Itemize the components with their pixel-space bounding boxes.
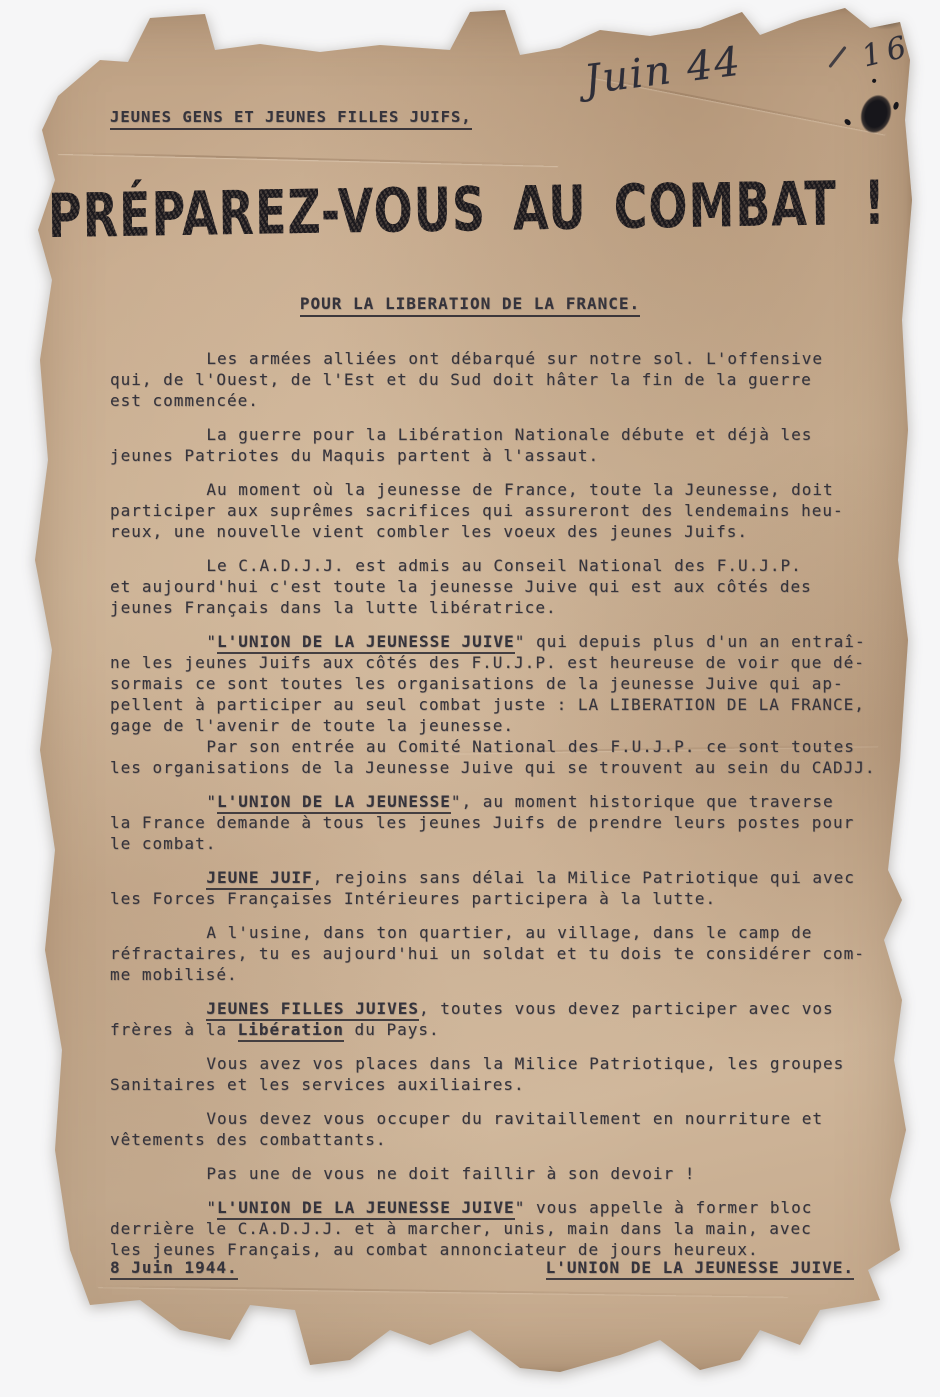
paragraph: Vous devez vous occuper du ravitaillemen…	[110, 1108, 892, 1150]
text-line: A l'usine, dans ton quartier, au village…	[110, 922, 892, 943]
text-line: JEUNE JUIF, rejoins sans délai la Milice…	[110, 867, 892, 888]
paper-sheet: Juin 44 16 JEUNES GENS ET JEUNES FILLES …	[28, 8, 912, 1372]
text-line: Les armées alliées ont débarqué sur notr…	[110, 348, 892, 369]
text-line: JEUNES FILLES JUIVES, toutes vous devez …	[110, 998, 892, 1019]
text-line: est commencée.	[110, 390, 892, 411]
footer-date: 8 Juin 1944.	[110, 1258, 238, 1280]
text-line: derrière le C.A.D.J.J. et à marcher, uni…	[110, 1218, 892, 1239]
ink-smudge	[854, 0, 916, 34]
text-line: la France demande à tous les jeunes Juif…	[110, 812, 892, 833]
text-line: les Forces Françaises Intérieures partic…	[110, 888, 892, 909]
paper-crease	[98, 1285, 788, 1297]
paragraph: "L'UNION DE LA JEUNESSE", au moment hist…	[110, 791, 892, 854]
handwritten-number: 16	[859, 28, 916, 74]
paragraph: "L'UNION DE LA JEUNESSE JUIVE" qui depui…	[110, 631, 892, 736]
paragraph: Le C.A.D.J.J. est admis au Conseil Natio…	[110, 555, 892, 618]
text-line: vêtements des combattants.	[110, 1129, 892, 1150]
text-line: Le C.A.D.J.J. est admis au Conseil Natio…	[110, 555, 892, 576]
text-line: sormais ce sont toutes les organisations…	[110, 673, 892, 694]
ink-blot-speck	[843, 118, 852, 126]
paper-surface: Juin 44 16 JEUNES GENS ET JEUNES FILLES …	[28, 8, 912, 1372]
document-subtitle: POUR LA LIBERATION DE LA FRANCE.	[28, 294, 912, 313]
ink-blot-speck	[872, 78, 877, 83]
text-line: Au moment où la jeunesse de France, tout…	[110, 479, 892, 500]
paragraphs: Les armées alliées ont débarqué sur notr…	[110, 348, 892, 1273]
text-line: Vous avez vos places dans la Milice Patr…	[110, 1053, 892, 1074]
text-line: et aujourd'hui c'est toute la jeunesse J…	[110, 576, 892, 597]
text-line: réfractaires, tu es aujourd'hui un solda…	[110, 943, 892, 964]
text-line: gage de l'avenir de toute la jeunesse.	[110, 715, 892, 736]
text-line: frères à la Libération du Pays.	[110, 1019, 892, 1040]
ink-blot-speck	[892, 101, 899, 110]
paragraph: Les armées alliées ont débarqué sur notr…	[110, 348, 892, 411]
text-line: La guerre pour la Libération Nationale d…	[110, 424, 892, 445]
text-line: les jeunes Français, au combat annonciat…	[110, 1239, 892, 1260]
text-line: "L'UNION DE LA JEUNESSE JUIVE" qui depui…	[110, 631, 892, 652]
paragraph: A l'usine, dans ton quartier, au village…	[110, 922, 892, 985]
document-title-text: PRÉPAREZ-VOUS AU COMBAT !	[48, 167, 886, 252]
paragraph: "L'UNION DE LA JEUNESSE JUIVE" vous appe…	[110, 1197, 892, 1260]
paragraph: La guerre pour la Libération Nationale d…	[110, 424, 892, 466]
text-line: ne les jeunes Juifs aux côtés des F.U.J.…	[110, 652, 892, 673]
text-line: les organisations de la Jeunesse Juive q…	[110, 757, 892, 778]
document-heading: JEUNES GENS ET JEUNES FILLES JUIFS,	[110, 108, 472, 130]
paragraph: JEUNE JUIF, rejoins sans délai la Milice…	[110, 867, 892, 909]
text-line: jeunes Français dans la lutte libératric…	[110, 597, 892, 618]
handwritten-date: Juin 44	[582, 39, 744, 104]
text-line: me mobilisé.	[110, 964, 892, 985]
ink-blot	[849, 83, 903, 145]
text-line: participer aux suprêmes sacrifices qui a…	[110, 500, 892, 521]
text-line: qui, de l'Ouest, de l'Est et du Sud doit…	[110, 369, 892, 390]
paper-crease	[58, 152, 558, 166]
paragraph: Pas une de vous ne doit faillir à son de…	[110, 1163, 892, 1184]
paragraph: Par son entrée au Comité National des F.…	[110, 736, 892, 778]
footer-signature: L'UNION DE LA JEUNESSE JUIVE.	[546, 1258, 854, 1280]
document-footer: 8 Juin 1944. L'UNION DE LA JEUNESSE JUIV…	[110, 1258, 882, 1280]
document-title: PRÉPAREZ-VOUS AU COMBAT !	[28, 184, 906, 238]
paragraph: JEUNES FILLES JUIVES, toutes vous devez …	[110, 998, 892, 1040]
paragraph: Au moment où la jeunesse de France, tout…	[110, 479, 892, 542]
text-line: Sanitaires et les services auxiliaires.	[110, 1074, 892, 1095]
text-line: reux, une nouvelle vient combler les voe…	[110, 521, 892, 542]
paragraph: Vous avez vos places dans la Milice Patr…	[110, 1053, 892, 1095]
ink-smudge	[684, 4, 714, 22]
text-line: Par son entrée au Comité National des F.…	[110, 736, 892, 757]
text-line: jeunes Patriotes du Maquis partent à l'a…	[110, 445, 892, 466]
text-line: "L'UNION DE LA JEUNESSE", au moment hist…	[110, 791, 892, 812]
text-line: "L'UNION DE LA JEUNESSE JUIVE" vous appe…	[110, 1197, 892, 1218]
text-line: Pas une de vous ne doit faillir à son de…	[110, 1163, 892, 1184]
text-line: le combat.	[110, 833, 892, 854]
text-line: Vous devez vous occuper du ravitaillemen…	[110, 1108, 892, 1129]
scan-background: Juin 44 16 JEUNES GENS ET JEUNES FILLES …	[0, 0, 940, 1397]
text-line: pellent à participer au seul combat just…	[110, 694, 892, 715]
document-subtitle-text: POUR LA LIBERATION DE LA FRANCE.	[300, 294, 640, 317]
pen-slash-mark	[828, 46, 846, 68]
